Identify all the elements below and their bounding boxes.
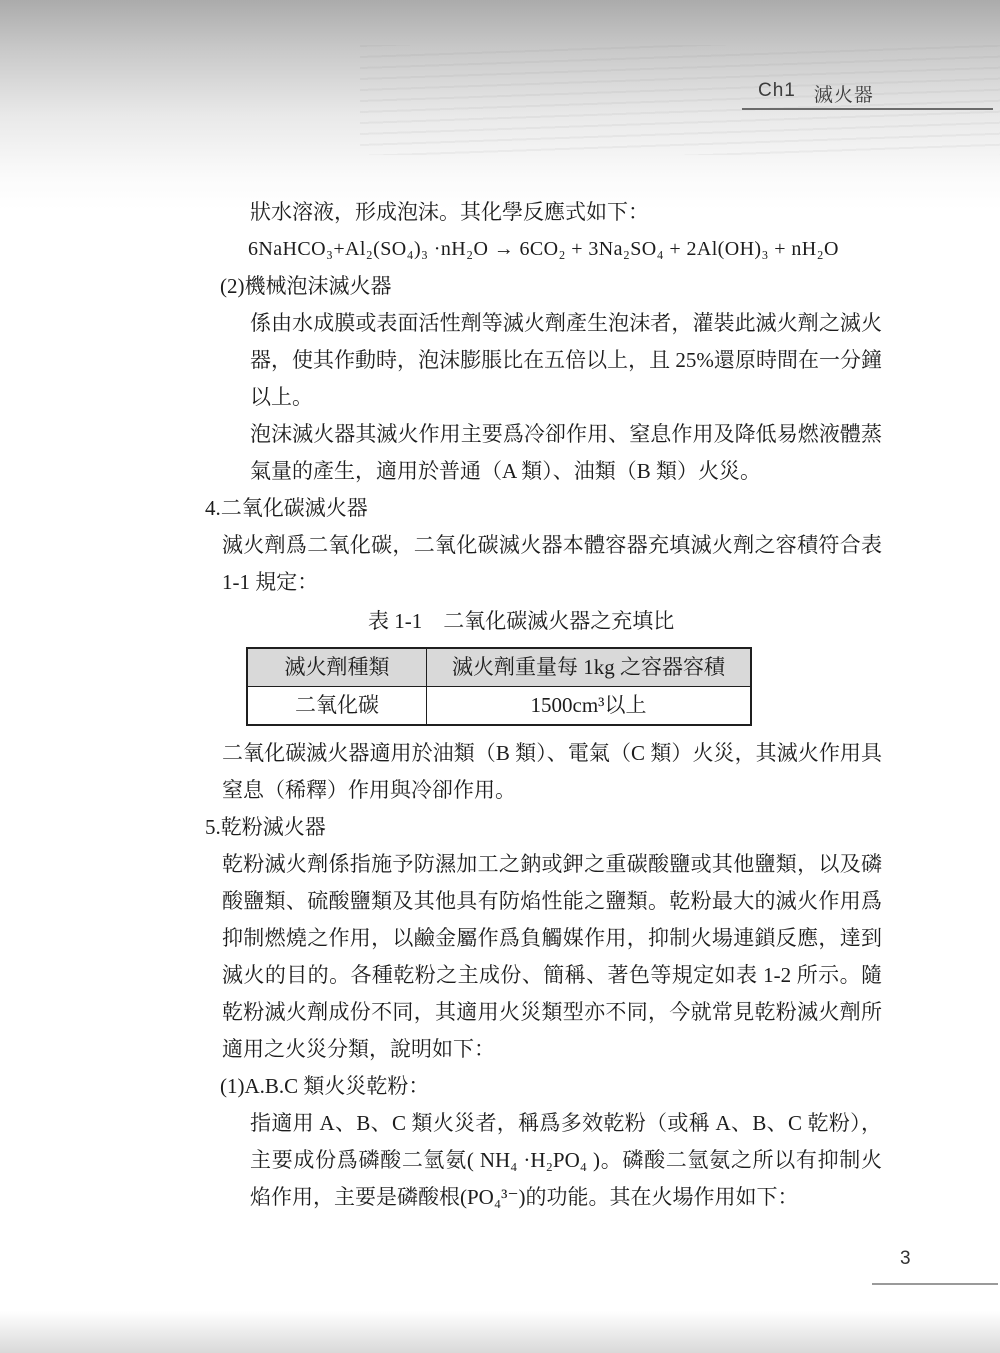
- paragraph: 乾粉滅火劑係指施予防濕加工之鈉或鉀之重碳酸鹽或其他鹽類，以及磷酸鹽類、硫酸鹽類及…: [222, 846, 882, 1068]
- paragraph: 狀水溶液，形成泡沫。其化學反應式如下：: [250, 194, 882, 231]
- header-rule: [742, 108, 993, 110]
- page-number: 3: [900, 1248, 911, 1270]
- paragraph: 指適用 A、B、C 類火災者，稱爲多效乾粉（或稱 A、B、C 乾粉），主要成份爲…: [250, 1105, 882, 1216]
- paragraph: 泡沫滅火器其滅火作用主要爲冷卻作用、窒息作用及降低易燃液體蒸氣量的產生，適用於普…: [250, 416, 882, 490]
- page-bottom-gradient: [0, 1311, 1000, 1353]
- footer-rule: [872, 1283, 998, 1285]
- paragraph: 二氧化碳滅火器適用於油類（B 類）、電氣（C 類）火災，其滅火作用具窒息（稀釋）…: [222, 735, 882, 809]
- list-item-heading: 4.二氧化碳滅火器: [205, 490, 882, 527]
- top-swoosh-decoration: [360, 45, 1000, 155]
- list-item-heading: (2)機械泡沫滅火器: [220, 268, 882, 305]
- chapter-title: 滅火器: [814, 80, 874, 107]
- running-header: Ch1 滅火器: [758, 80, 874, 107]
- paragraph: 係由水成膜或表面活性劑等滅火劑產生泡沫者，灌裝此滅火劑之滅火器，使其作動時，泡沫…: [250, 305, 882, 416]
- list-item-heading: (1)A.B.C 類火災乾粉：: [220, 1068, 882, 1105]
- chemical-equation: 6NaHCO₃+Al₂(SO₄)₃ ·nH₂O → 6CO₂ + 3Na₂SO₄…: [248, 231, 888, 268]
- table-header-cell: 滅火劑重量每 1kg 之容器容積: [427, 648, 752, 687]
- chapter-label: Ch1: [758, 80, 796, 107]
- scanned-book-page: Ch1 滅火器 狀水溶液，形成泡沫。其化學反應式如下：6NaHCO₃+Al₂(S…: [0, 0, 1000, 1353]
- table-header-cell: 滅火劑種類: [247, 648, 427, 687]
- table-cell: 二氧化碳: [247, 687, 427, 726]
- table-cell: 1500cm³以上: [427, 687, 752, 726]
- list-item-heading: 5.乾粉滅火器: [205, 809, 882, 846]
- co2-fill-ratio-table: 滅火劑種類滅火劑重量每 1kg 之容器容積二氧化碳1500cm³以上: [246, 647, 752, 726]
- paragraph: 滅火劑爲二氧化碳，二氧化碳滅火器本體容器充填滅火劑之容積符合表 1-1 規定：: [222, 527, 882, 601]
- table-caption: 表 1-1 二氧化碳滅火器之充填比: [368, 603, 1000, 640]
- page-content: 狀水溶液，形成泡沫。其化學反應式如下：6NaHCO₃+Al₂(SO₄)₃ ·nH…: [0, 194, 1000, 1216]
